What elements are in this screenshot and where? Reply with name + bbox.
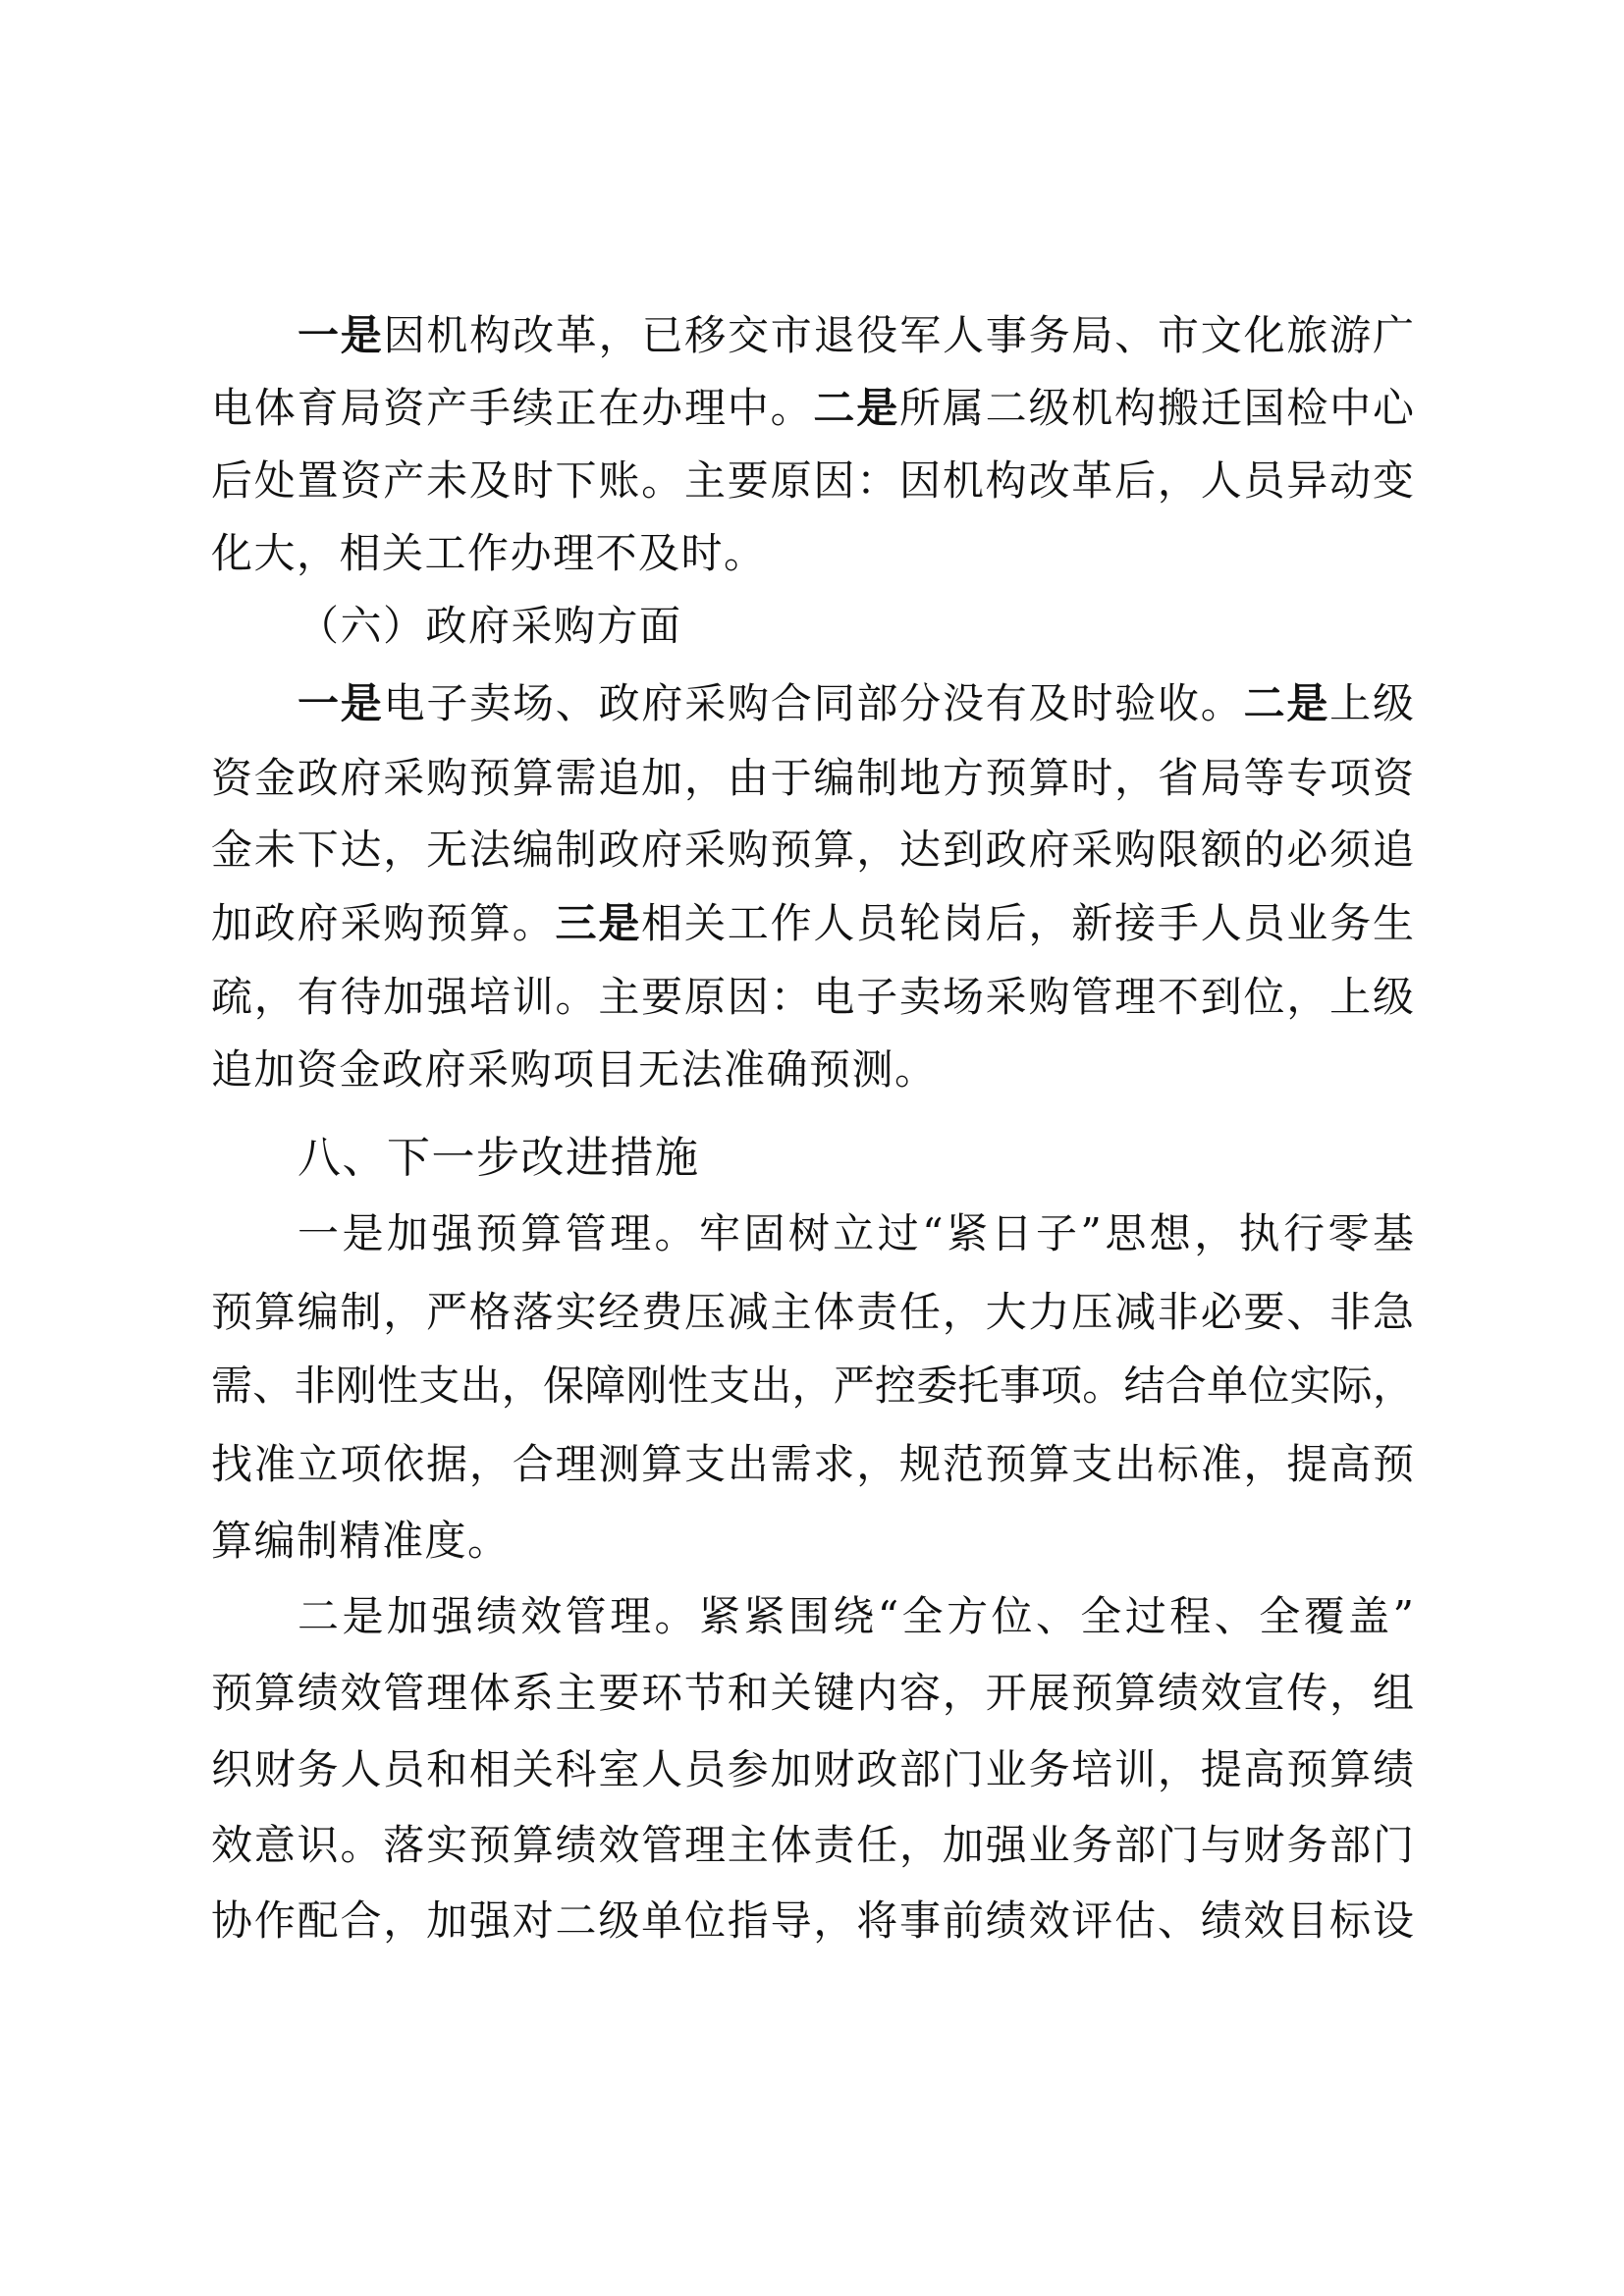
paragraph-line: 预算编制，严格落实经费压减主体责任，大力压减非必要、非急 [211,1283,1414,1342]
paragraph-line: 找准立项依据，合理测算支出需求，规范预算支出标准，提高预 [211,1435,1414,1494]
line-text: 后处置资产未及时下账。主要原因：因机构改革后，人员异动变 [211,456,1414,505]
line-text: 电子卖场、政府采购合同部分没有及时验收。 [384,679,1244,727]
paragraph-line: 追加资金政府采购项目无法准确预测。 [211,1041,1414,1099]
paragraph-line: 后处置资产未及时下账。主要原因：因机构改革后，人员异动变 [211,452,1414,510]
line-text: 资金政府采购预算需追加，由于编制地方预算时，省局等专项资 [211,754,1414,802]
bold-lead: 一是 [298,311,384,359]
paragraph-line: 效意识。落实预算绩效管理主体责任，加强业务部门与财务部门 [211,1816,1414,1875]
line-text: 相关工作人员轮岗后，新接手人员业务生 [641,899,1414,947]
paragraph-line: 化大，相关工作办理不及时。 [211,524,1414,583]
bold-lead: 一是 [298,679,384,727]
line-text: 金未下达，无法编制政府采购预算，达到政府采购限额的必须追 [211,826,1414,874]
paragraph-line: 电体育局资产手续正在办理中。二是所属二级机构搬迁国检中心 [211,379,1414,438]
paragraph-line: 算编制精准度。 [211,1512,1414,1571]
paragraph-line: 疏，有待加强培训。主要原因：电子卖场采购管理不到位，上级 [211,968,1414,1027]
paragraph-line: 一是因机构改革，已移交市退役军人事务局、市文化旅游广 [298,306,1414,365]
section-heading: 八、下一步改进措施 [298,1129,1414,1188]
line-text: 加政府采购预算。 [211,899,556,947]
document-page: 一是因机构改革，已移交市退役军人事务局、市文化旅游广 电体育局资产手续正在办理中… [0,0,1624,2296]
line-text: 上级 [1329,679,1414,727]
line-text: 疏，有待加强培训。主要原因：电子卖场采购管理不到位，上级 [211,973,1414,1021]
line-text: 因机构改革，已移交市退役军人事务局、市文化旅游广 [384,311,1414,359]
paragraph-line: 协作配合，加强对二级单位指导，将事前绩效评估、绩效目标设 [211,1892,1414,1950]
bold-lead: 三是 [556,899,642,947]
paragraph-line: 织财务人员和相关科室人员参加财政部门业务培训，提高预算绩 [211,1740,1414,1799]
bold-lead: 二是 [1244,679,1330,727]
subsection-title: （六）政府采购方面 [298,597,1414,656]
paragraph-line: 二是加强绩效管理。紧紧围绕“全方位、全过程、全覆盖” [298,1587,1414,1646]
line-text: 化大，相关工作办理不及时。 [211,529,767,577]
line-text: 所属二级机构搬迁国检中心 [899,384,1414,432]
paragraph-line: 金未下达，无法编制政府采购预算，达到政府采购限额的必须追 [211,821,1414,880]
line-text: 追加资金政府采购项目无法准确预测。 [211,1045,938,1094]
line-text: 电体育局资产手续正在办理中。 [211,384,813,432]
paragraph-line: 需、非刚性支出，保障刚性支出，严控委托事项。结合单位实际， [211,1357,1414,1415]
paragraph-line: 加政府采购预算。三是相关工作人员轮岗后，新接手人员业务生 [211,894,1414,953]
paragraph-line: 预算绩效管理体系主要环节和关键内容，开展预算绩效宣传，组 [211,1664,1414,1723]
paragraph-line: 一是加强预算管理。牢固树立过“紧日子”思想，执行零基 [298,1204,1414,1263]
bold-lead: 二是 [813,384,899,432]
paragraph-line: 一是电子卖场、政府采购合同部分没有及时验收。二是上级 [298,674,1414,733]
paragraph-line: 资金政府采购预算需追加，由于编制地方预算时，省局等专项资 [211,749,1414,808]
